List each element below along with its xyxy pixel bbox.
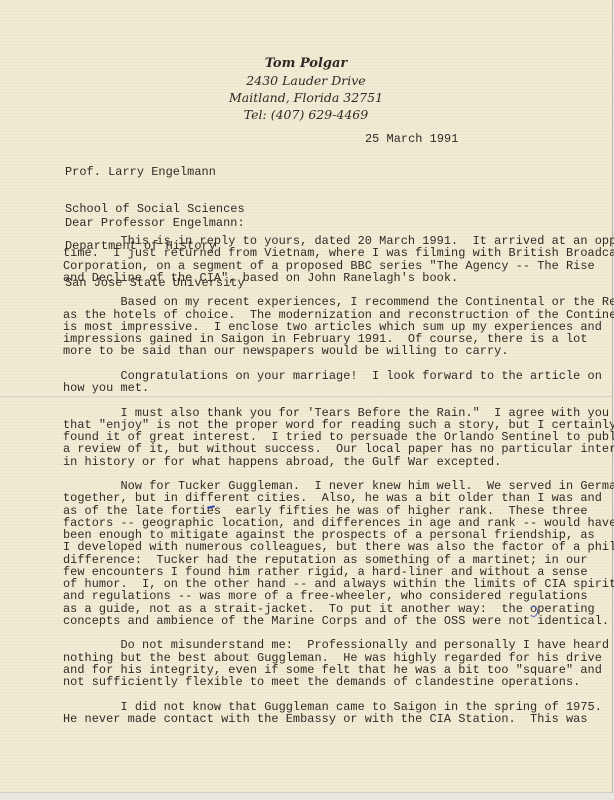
letter-paragraph: Do not misunderstand me: Professionally … <box>63 639 563 688</box>
letter-paragraph: Now for Tucker Guggleman. I never knew h… <box>63 480 563 627</box>
text-line: more to be said than our newspapers woul… <box>63 345 563 357</box>
text-line: not sufficiently flexible to meet the de… <box>63 676 563 688</box>
letter-date: 25 March 1991 <box>365 132 458 146</box>
sender-phone: Tel: (407) 629-4469 <box>0 106 612 123</box>
salutation: Dear Professor Engelmann: <box>65 216 245 230</box>
text-line: and regulations -- was more of a free-wh… <box>63 590 563 602</box>
letterhead: Tom Polgar 2430 Lauder Drive Maitland, F… <box>0 55 612 123</box>
text-line: He never made contact with the Embassy o… <box>63 713 563 725</box>
text-line: a review of it, but without success. Our… <box>63 443 563 455</box>
recipient-line: Prof. Larry Engelmann <box>65 166 245 178</box>
letter-body: This is in reply to yours, dated 20 Marc… <box>63 235 563 738</box>
letter-paragraph: Based on my recent experiences, I recomm… <box>63 296 563 357</box>
sender-address: 2430 Lauder Drive <box>0 72 612 89</box>
text-line: in history or for what happens abroad, t… <box>63 456 563 468</box>
text-line: Corporation, on a segment of a proposed … <box>63 260 563 272</box>
letter-page: Tom Polgar 2430 Lauder Drive Maitland, F… <box>0 0 613 793</box>
sender-name: Tom Polgar <box>0 55 612 72</box>
pen-g-mark <box>529 606 538 617</box>
text-line: I developed with numerous colleagues, bu… <box>63 541 563 553</box>
text-line: and Decline of the CIA", based on John R… <box>63 272 563 284</box>
text-line: how you met. <box>63 382 563 394</box>
text-line: concepts and ambience of the Marine Corp… <box>63 615 563 627</box>
letter-paragraph: I must also thank you for 'Tears Before … <box>63 407 563 468</box>
sender-city: Maitland, Florida 32751 <box>0 89 612 106</box>
text-line: time. I just returned from Vietnam, wher… <box>63 247 563 259</box>
text-line: Based on my recent experiences, I recomm… <box>63 296 563 308</box>
letter-paragraph: This is in reply to yours, dated 20 Marc… <box>63 235 563 284</box>
text-line: together, but in different cities. Also,… <box>63 492 563 504</box>
letter-paragraph: I did not know that Guggleman came to Sa… <box>63 701 563 726</box>
text-line: as the hotels of choice. The modernizati… <box>63 309 563 321</box>
recipient-line: School of Social Sciences <box>65 203 245 215</box>
letter-paragraph: Congratulations on your marriage! I look… <box>63 370 563 395</box>
text-line: Do not misunderstand me: Professionally … <box>63 639 563 651</box>
